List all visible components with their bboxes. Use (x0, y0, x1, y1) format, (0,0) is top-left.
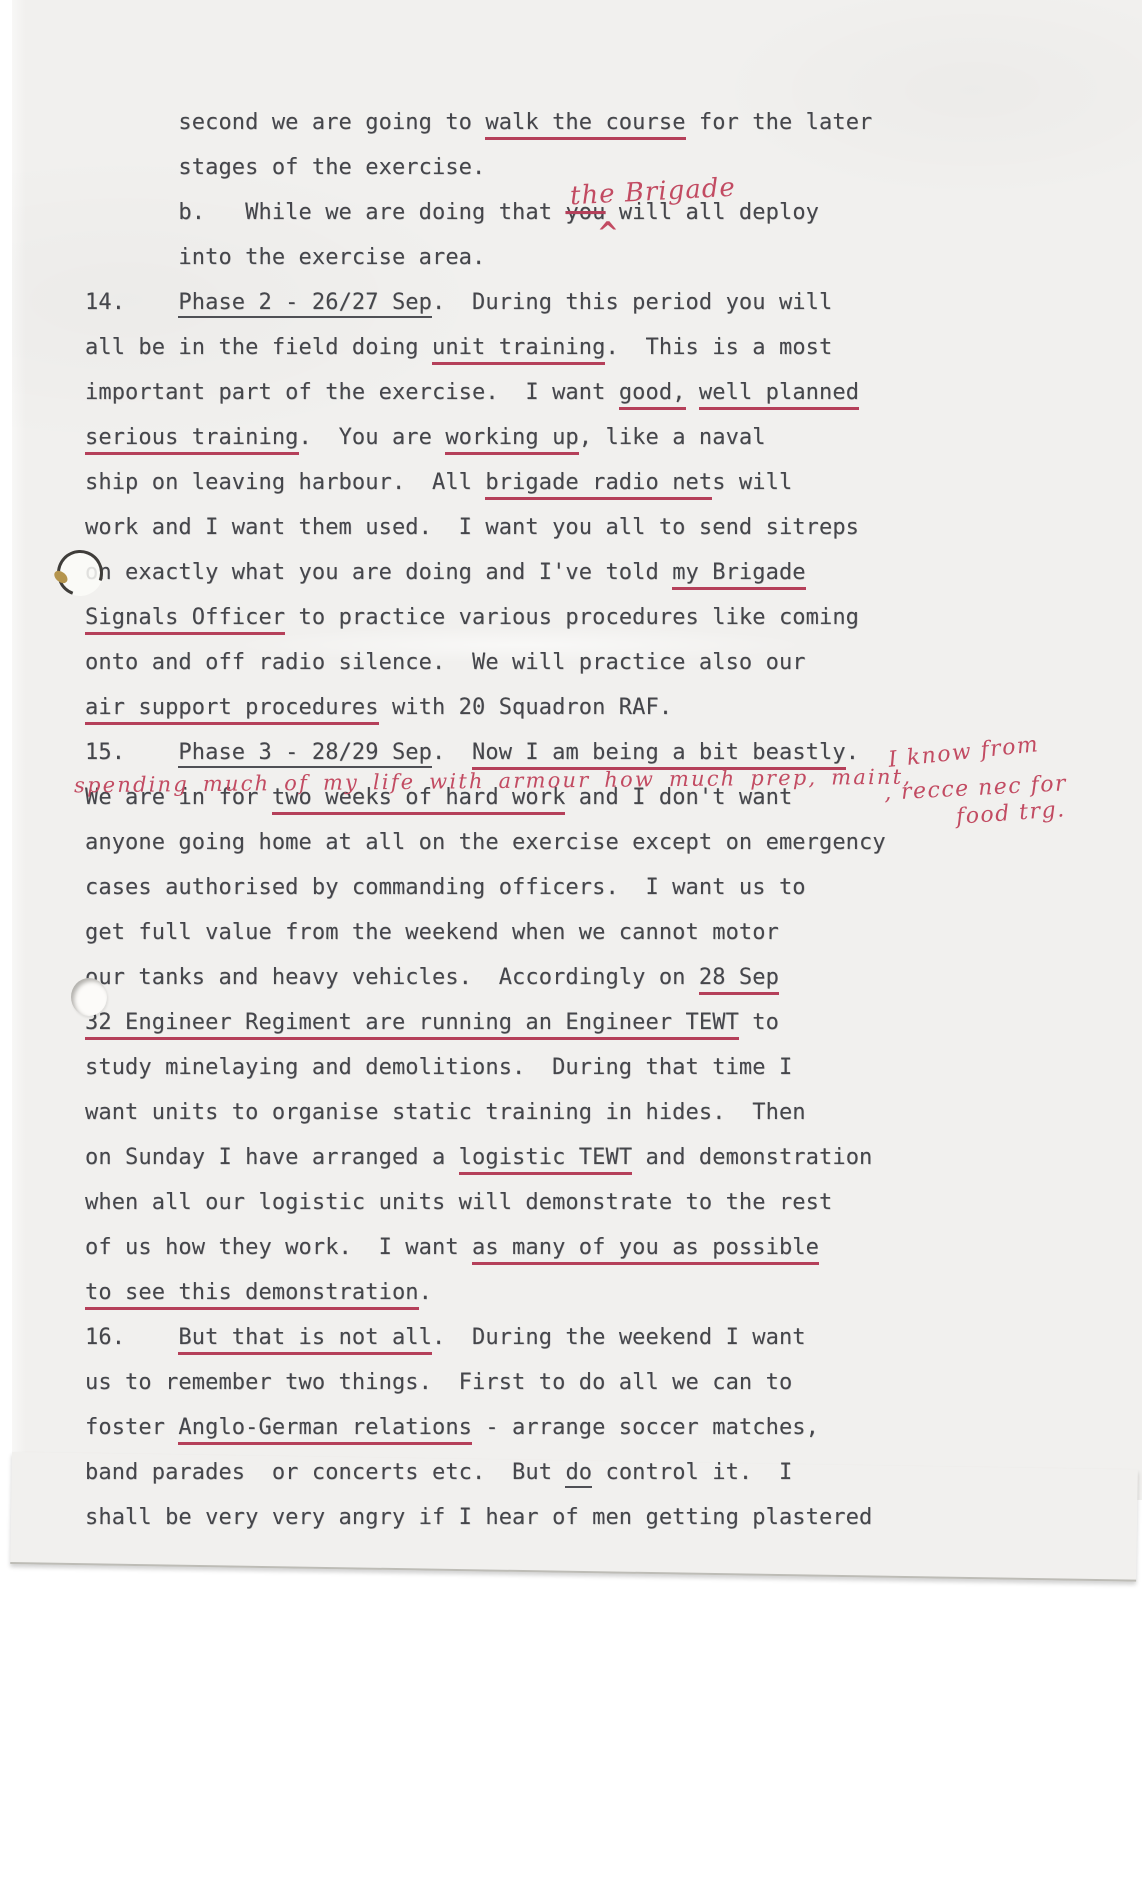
typed-line: anyone going home at all on the exercise… (85, 820, 886, 865)
scanned-memo-page: { "colors": { "paper": "#f1f0ee", "typed… (0, 0, 1142, 1882)
typed-line: want units to organise static training i… (85, 1090, 886, 1135)
typed-line: to see this demonstration. (85, 1270, 886, 1315)
typed-line: band parades or concerts etc. But do con… (85, 1450, 886, 1495)
typed-line: ship on leaving harbour. All brigade rad… (85, 460, 886, 505)
typed-line: foster Anglo-German relations - arrange … (85, 1405, 886, 1450)
typed-line: of us how they work. I want as many of y… (85, 1225, 886, 1270)
typed-line: our tanks and heavy vehicles. Accordingl… (85, 955, 886, 1000)
typed-line: Signals Officer to practice various proc… (85, 595, 886, 640)
typed-line: b. While we are doing that you will all … (85, 190, 886, 235)
typed-line: on Sunday I have arranged a logistic TEW… (85, 1135, 886, 1180)
hole-punch-bottom (71, 978, 107, 1016)
typed-line: us to remember two things. First to do a… (85, 1360, 886, 1405)
typed-line: study minelaying and demolitions. During… (85, 1045, 886, 1090)
typed-line: important part of the exercise. I want g… (85, 370, 886, 415)
typed-line: all be in the field doing unit training.… (85, 325, 886, 370)
typed-line: serious training. You are working up, li… (85, 415, 886, 460)
typed-line: air support procedures with 20 Squadron … (85, 685, 886, 730)
typed-line: shall be very very angry if I hear of me… (85, 1495, 886, 1540)
typed-line: when all our logistic units will demonst… (85, 1180, 886, 1225)
typed-line: onto and off radio silence. We will prac… (85, 640, 886, 685)
typed-line: second we are going to walk the course f… (85, 100, 886, 145)
typed-line: cases authorised by commanding officers.… (85, 865, 886, 910)
typed-line: 32 Engineer Regiment are running an Engi… (85, 1000, 886, 1045)
typed-line: 16. But that is not all. During the week… (85, 1315, 886, 1360)
typed-text: second we are going to walk the course f… (85, 100, 886, 1540)
typed-line: 14. Phase 2 - 26/27 Sep. During this per… (85, 280, 886, 325)
typed-line: stages of the exercise. (85, 145, 886, 190)
typed-line: get full value from the weekend when we … (85, 910, 886, 955)
caret-mark: ^ (597, 217, 619, 252)
typed-line: work and I want them used. I want you al… (85, 505, 886, 550)
typed-line: into the exercise area. (85, 235, 886, 280)
typed-line: on exactly what you are doing and I've t… (85, 550, 886, 595)
